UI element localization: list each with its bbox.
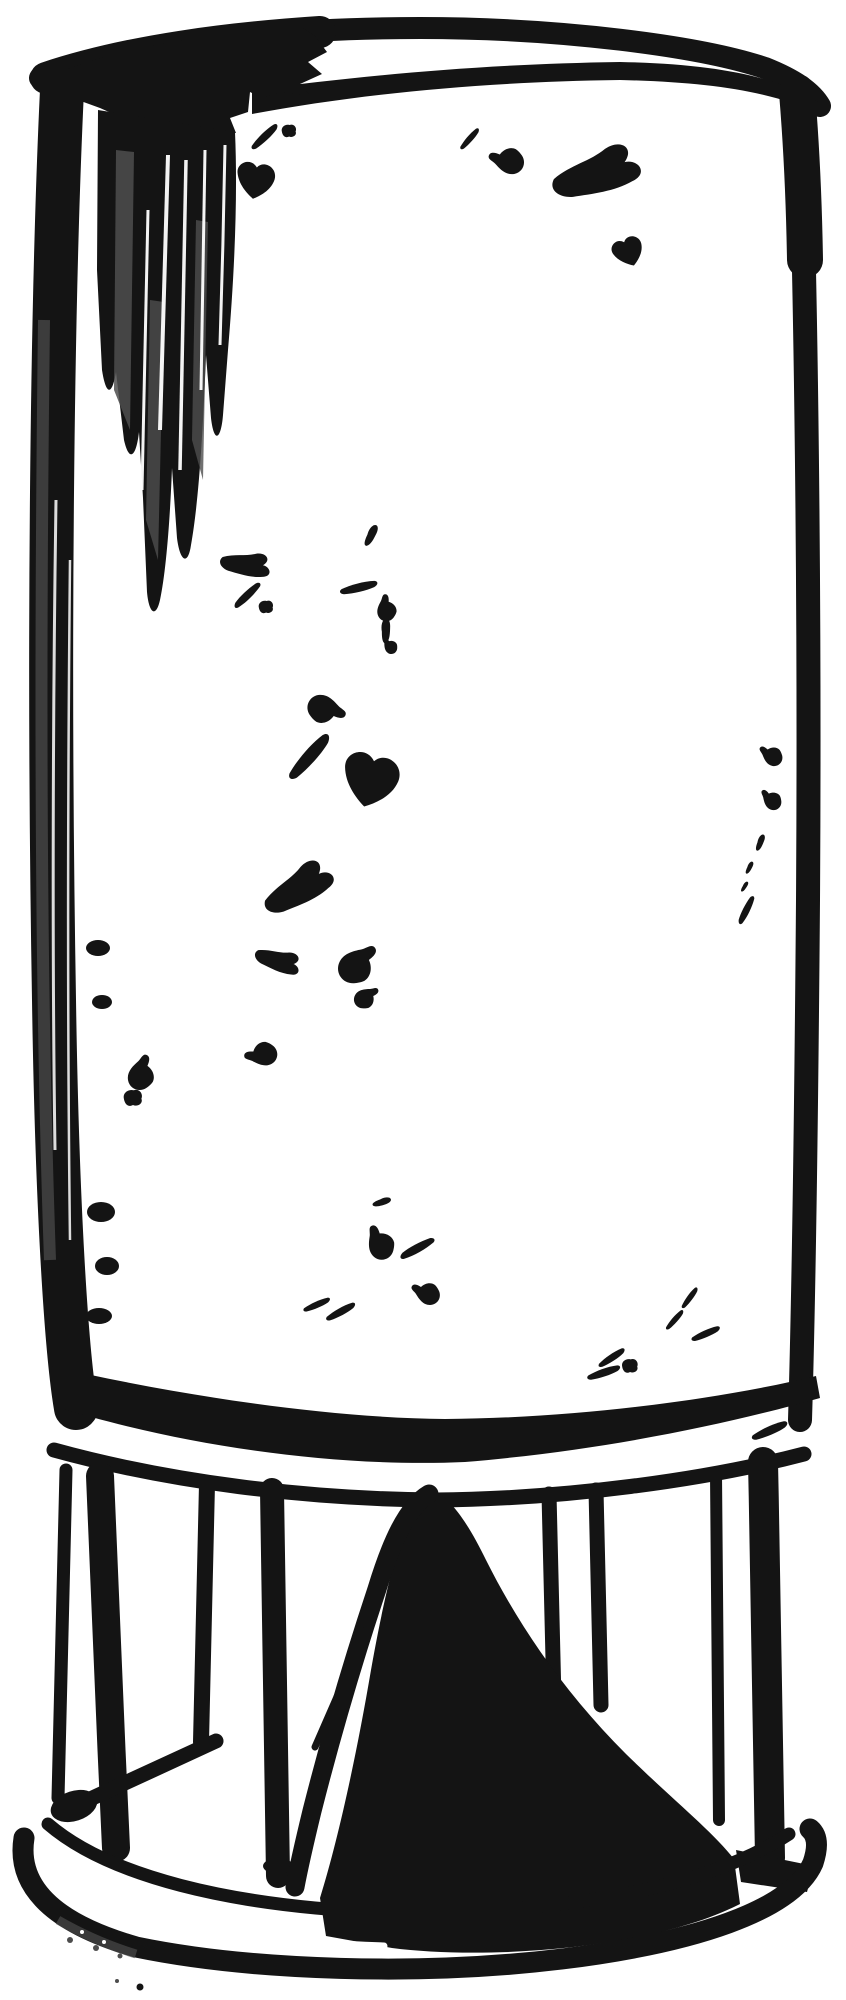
fly-trap-illustration bbox=[0, 0, 846, 2000]
base-speck bbox=[93, 1945, 99, 1951]
fly-speck bbox=[259, 601, 273, 614]
stand-post bbox=[272, 1490, 278, 1876]
base-speck bbox=[67, 1937, 73, 1943]
base-speck bbox=[118, 1954, 123, 1959]
right-wall bbox=[799, 92, 809, 1420]
floor-speck bbox=[137, 1984, 144, 1991]
floor-speck bbox=[115, 1979, 119, 1983]
left-wall-lump bbox=[86, 940, 110, 956]
left-wall-lump bbox=[87, 1202, 115, 1222]
fly-speck bbox=[282, 125, 296, 138]
fly-speck bbox=[622, 1359, 638, 1373]
stand-post bbox=[716, 1474, 719, 1820]
ink-drawing-page: Ink drawing: cylindrical glass fly-trap … bbox=[0, 0, 846, 2000]
left-wall-lump bbox=[92, 995, 112, 1009]
fly-speck bbox=[124, 1090, 142, 1106]
stand-post bbox=[596, 1490, 601, 1705]
left-wall-lump bbox=[95, 1257, 119, 1275]
stand-post bbox=[58, 1470, 66, 1798]
base-white-fleck bbox=[102, 1940, 106, 1944]
left-wall bbox=[51, 90, 76, 1408]
stand-post bbox=[201, 1484, 207, 1742]
stand-post bbox=[763, 1462, 770, 1858]
base-white-fleck bbox=[80, 1930, 84, 1934]
right-wall-top-thickening bbox=[797, 92, 805, 260]
left-wall-lump bbox=[86, 1308, 112, 1324]
